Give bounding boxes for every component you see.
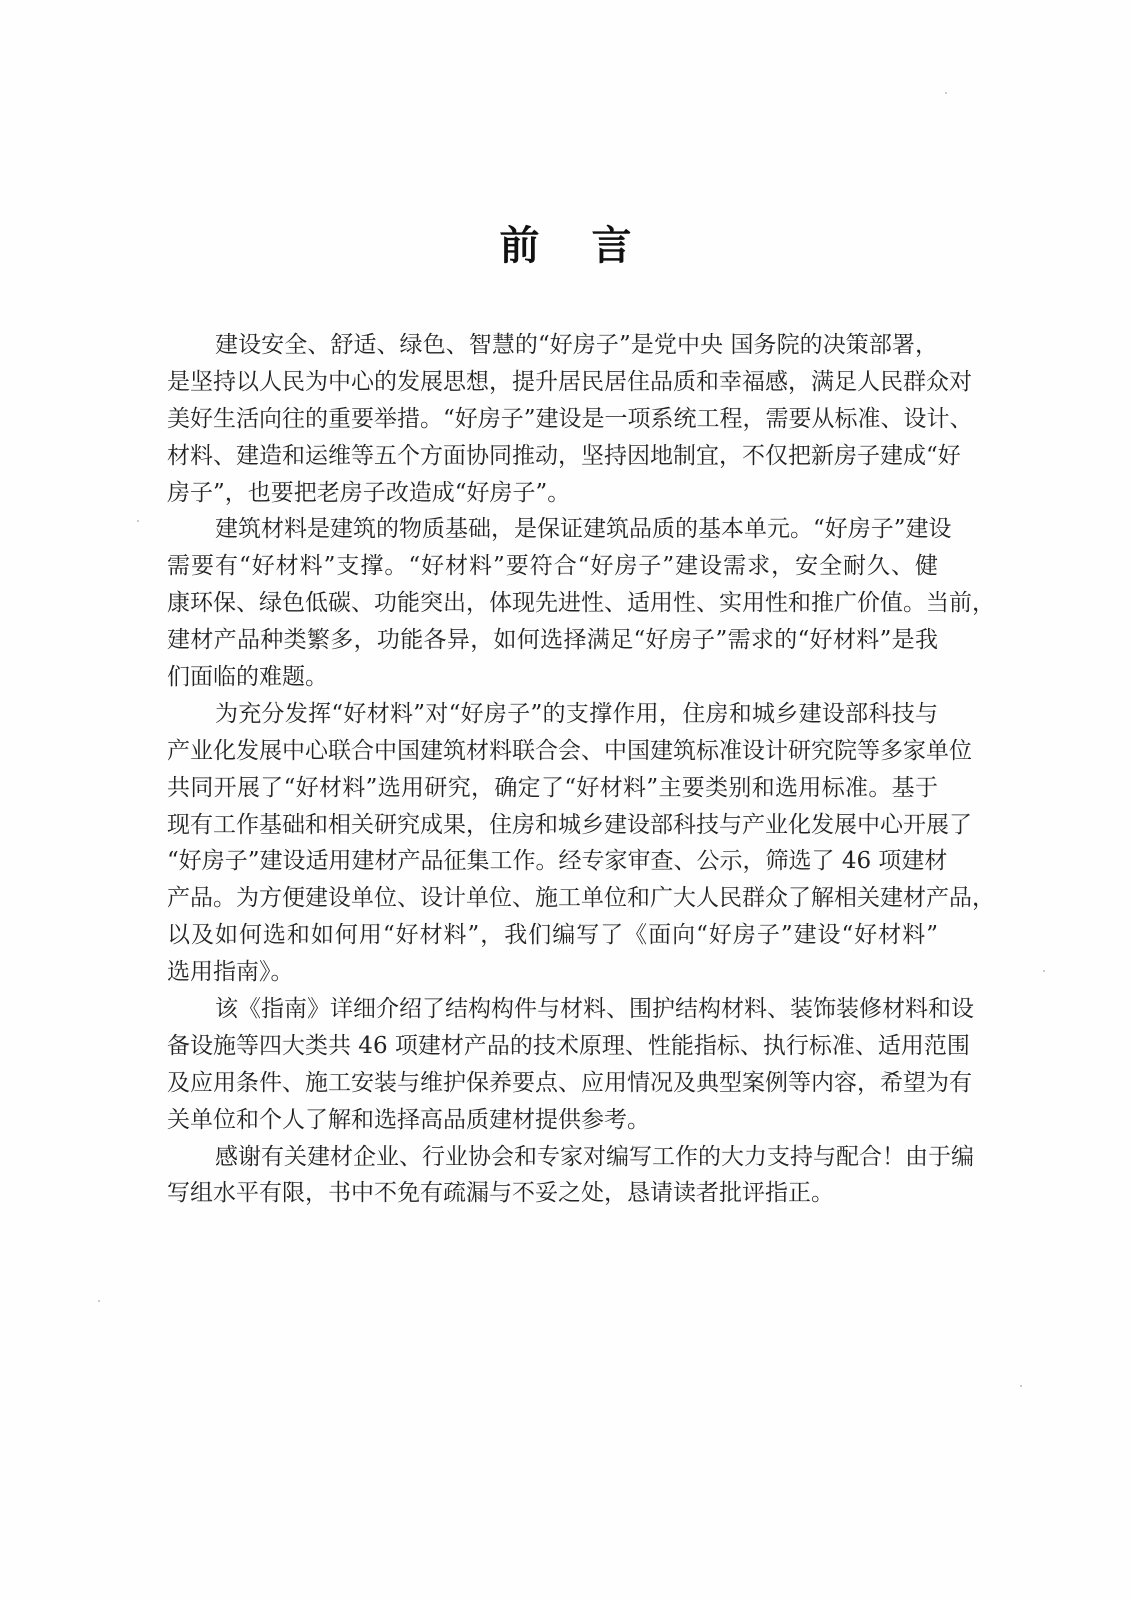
title-char-1: 前	[500, 222, 540, 270]
paragraph-2-line-2: 需要有“好材料”支撑。“好材料”要符合“好房子”建设需求，安全耐久、健	[167, 548, 938, 585]
paragraph-3-line-4: 现有工作基础和相关研究成果，住房和城乡建设部科技与产业化发展中心开展了	[167, 807, 938, 844]
paragraph-4-line-3: 及应用条件、施工安装与维护保养要点、应用情况及典型案例等内容，希望为有	[167, 1065, 938, 1102]
scan-speck	[98, 1300, 100, 1302]
preface-body: 建设安全、舒适、绿色、智慧的“好房子”是党中央 国务院的决策部署， 是坚持以人民…	[167, 327, 938, 1212]
paragraph-3-line-7: 以及如何选和如何用“好材料”，我们编写了《面向“好房子”建设“好材料”	[167, 917, 938, 954]
page-title: 前言	[0, 222, 1131, 270]
paragraph-2-line-3: 康环保、绿色低碳、功能突出，体现先进性、适用性、实用性和推广价值。当前，	[167, 585, 938, 622]
title-char-2: 言	[592, 222, 632, 270]
paragraph-3-line-8: 选用指南》。	[167, 954, 938, 991]
paragraph-5-line-1: 感谢有关建材企业、行业协会和专家对编写工作的大力支持与配合！由于编	[167, 1139, 938, 1176]
scan-speck	[1020, 1385, 1022, 1387]
paragraph-2-line-4: 建材产品种类繁多，功能各异，如何选择满足“好房子”需求的“好材料”是我	[167, 622, 938, 659]
paragraph-2-line-5: 们面临的难题。	[167, 659, 938, 696]
paragraph-3-line-5: “好房子”建设适用建材产品征集工作。经专家审查、公示，筛选了 46 项建材	[167, 843, 938, 880]
paragraph-1-line-4: 材料、建造和运维等五个方面协同推动，坚持因地制宜，不仅把新房子建成“好	[167, 438, 938, 475]
paragraph-1-line-2: 是坚持以人民为中心的发展思想，提升居民居住品质和幸福感，满足人民群众对	[167, 364, 938, 401]
paragraph-1-line-1: 建设安全、舒适、绿色、智慧的“好房子”是党中央 国务院的决策部署，	[167, 327, 938, 364]
paragraph-1-line-3: 美好生活向往的重要举措。“好房子”建设是一项系统工程，需要从标准、设计、	[167, 401, 938, 438]
paragraph-3-line-6: 产品。为方便建设单位、设计单位、施工单位和广大人民群众了解相关建材产品，	[167, 880, 938, 917]
paragraph-5-line-2: 写组水平有限，书中不免有疏漏与不妥之处，恳请读者批评指正。	[167, 1175, 938, 1212]
paragraph-1-line-5: 房子”，也要把老房子改造成“好房子”。	[167, 475, 938, 512]
paragraph-3-line-3: 共同开展了“好材料”选用研究，确定了“好材料”主要类别和选用标准。基于	[167, 770, 938, 807]
scan-speck	[1043, 970, 1045, 972]
scan-speck	[137, 520, 139, 522]
scan-speck	[945, 92, 947, 94]
paragraph-2-line-1: 建筑材料是建筑的物质基础，是保证建筑品质的基本单元。“好房子”建设	[167, 511, 938, 548]
paragraph-3-line-2: 产业化发展中心联合中国建筑材料联合会、中国建筑标准设计研究院等多家单位	[167, 733, 938, 770]
paragraph-4-line-2: 备设施等四大类共 46 项建材产品的技术原理、性能指标、执行标准、适用范围	[167, 1028, 938, 1065]
document-page: 前言 建设安全、舒适、绿色、智慧的“好房子”是党中央 国务院的决策部署， 是坚持…	[0, 0, 1131, 1600]
paragraph-3-line-1: 为充分发挥“好材料”对“好房子”的支撑作用，住房和城乡建设部科技与	[167, 696, 938, 733]
paragraph-4-line-4: 关单位和个人了解和选择高品质建材提供参考。	[167, 1102, 938, 1139]
paragraph-4-line-1: 该《指南》详细介绍了结构构件与材料、围护结构材料、装饰装修材料和设	[167, 991, 938, 1028]
